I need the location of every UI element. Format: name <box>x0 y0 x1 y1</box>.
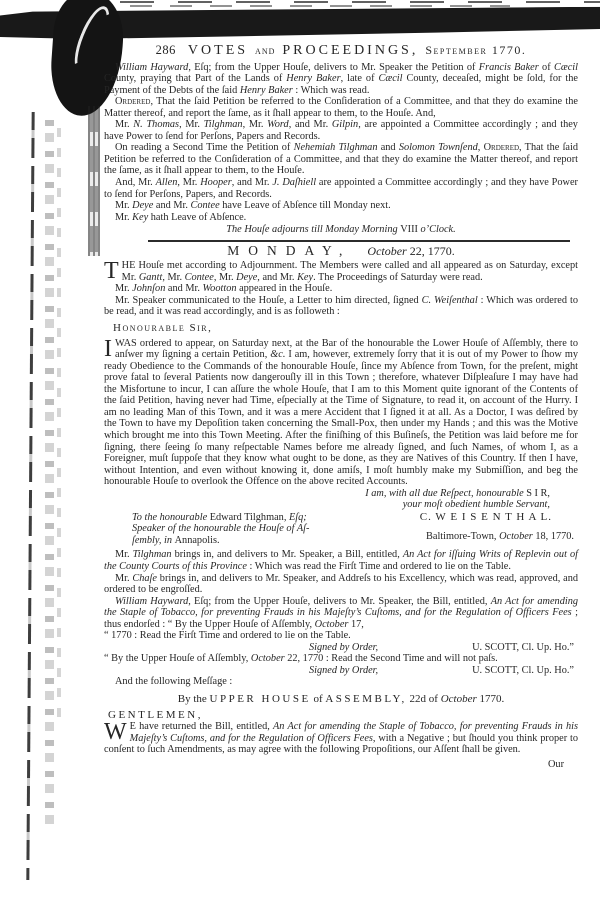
quoted-endorsement-line: “ By the Upper Houſe of Aſſembly, Octobe… <box>104 653 578 665</box>
address-signature-block: To the honourable Edward Tilghman, Eſq;S… <box>104 512 578 547</box>
text-segment: “ 1770 : Read the Firſt Time and ordered… <box>104 630 351 641</box>
text-segment: Francis Baker <box>479 62 539 73</box>
text-segment: Our <box>548 759 564 770</box>
text-segment: Hooper <box>200 177 231 188</box>
header-title-and: and <box>255 46 275 58</box>
text-segment: of <box>311 693 326 705</box>
day-date: October 22, 1770. <box>367 246 454 258</box>
paragraph: Mr. Key hath Leave of Abſence. <box>104 212 578 224</box>
text-segment: William Hayward <box>115 596 188 607</box>
page-number: 286 <box>156 45 176 57</box>
scan-artifact-top-streak <box>120 1 600 3</box>
text-segment: 22, 1770 : Read the Second Time and will… <box>285 653 498 664</box>
text-segment: , That the ſaid Petition be referred to … <box>104 96 578 119</box>
day-name: MONDAY, <box>227 245 351 257</box>
signer-name: C. W E I S E N T H A L. <box>380 512 578 524</box>
text-segment: , Mr. <box>243 119 268 130</box>
text-segment: Mr. <box>115 212 132 223</box>
signed-by-order-label: Signed by Order, <box>309 642 378 654</box>
drop-cap: W <box>104 721 130 742</box>
text-segment: have Leave of Abſence till Monday next. <box>220 200 391 211</box>
address-line: Speaker of the honourable the Houſe of A… <box>132 523 380 535</box>
text-segment: and Mr. <box>165 283 202 294</box>
text-segment: 22d of <box>407 693 441 705</box>
text-segment: Deye <box>236 272 257 283</box>
text-segment: I am, with all due Reſpect, honourable <box>365 488 526 499</box>
text-segment: your moſt obedient humble Servant, <box>403 499 550 510</box>
text-segment: GENTLEMEN, <box>108 709 203 721</box>
text-segment: ASSEMBLY, <box>325 693 406 705</box>
text-segment: On reading a Second Time the Petition of <box>115 142 294 153</box>
text-segment: Key <box>297 272 313 283</box>
text-segment: brings in, and delivers to Mr. Speaker, … <box>172 549 403 560</box>
drop-cap-paragraph: IWAS ordered to appear, on Saturday next… <box>104 338 578 488</box>
text-segment: To the honourable <box>132 512 210 523</box>
text-segment: : Which was read the Firſt Time and orde… <box>247 561 511 572</box>
text-segment: Allen <box>156 177 178 188</box>
text-segment: , late of <box>341 73 379 84</box>
scan-artifact-binding-streak <box>57 128 61 728</box>
text-segment: , and Mr. <box>257 272 297 283</box>
text-segment: brings in, and delivers to Mr. Speaker, … <box>104 573 578 596</box>
text-segment: I am, however, extremely ſorry that it i… <box>104 349 578 487</box>
clerk-signature: U. SCOTT, Cl. Up. Ho.” <box>472 642 574 654</box>
text-segment: Edward Tilghman <box>210 512 284 523</box>
letter-signoff-line: your moſt obedient humble Servant, <box>104 499 578 511</box>
text-segment: 17, <box>348 619 363 630</box>
message-heading: By the UPPER HOUSE of ASSEMBLY, 22d of O… <box>104 694 578 706</box>
text-segment: Solomon Townſend <box>399 142 478 153</box>
document-body: William Hayward, Eſq; from the Upper Hou… <box>104 62 578 771</box>
text-segment: Mr. <box>115 573 132 584</box>
text-segment: Mr. <box>115 119 133 130</box>
drop-cap-paragraph: THE Houſe met according to Adjournment. … <box>104 260 578 283</box>
text-segment: Contee <box>191 200 220 211</box>
text-segment: : Which was read. <box>293 85 370 96</box>
scan-artifact-top-streak <box>90 5 510 7</box>
text-segment: Mr. <box>115 200 132 211</box>
letter-signature: C. W E I S E N T H A L.Baltimore-Town, O… <box>380 512 578 547</box>
text-segment: Nehemiah Tilghman <box>294 142 378 153</box>
text-segment: Cæcil <box>378 73 402 84</box>
letter-signoff-line: I am, with all due Reſpect, honourable S… <box>104 488 578 500</box>
paragraph: Mr. Tilghman brings in, and delivers to … <box>104 549 578 572</box>
text-segment: 22, 1770. <box>407 244 455 258</box>
catchword: Our <box>104 759 578 771</box>
text-segment: UPPER HOUSE <box>210 693 311 705</box>
text-segment: hath Leave of Abſence. <box>148 212 246 223</box>
text-segment: “ By the Upper Houſe of Aſſembly, <box>104 653 251 664</box>
text-segment: October <box>441 693 477 705</box>
paragraph: Mr. Chaſe brings in, and delivers to Mr.… <box>104 573 578 596</box>
header-date: September 1770. <box>425 45 526 57</box>
clerk-signature: U. SCOTT, Cl. Up. Ho.” <box>472 665 574 677</box>
page-header: 286 VOTES and PROCEEDINGS, September 177… <box>104 45 578 58</box>
text-segment: , Mr. <box>177 177 200 188</box>
scan-artifact-ink-drips <box>88 106 100 256</box>
drop-cap-paragraph: WE have returned the Bill, entitled, An … <box>104 721 578 756</box>
text-segment: And the following Meſſage : <box>115 676 232 687</box>
text-segment: of <box>539 62 554 73</box>
text-segment: Tilghman <box>204 119 243 130</box>
signature-row: Signed by Order,U. SCOTT, Cl. Up. Ho.” <box>104 642 578 654</box>
day-heading: MONDAY,October 22, 1770. <box>104 245 578 258</box>
paragraph: Mr. Deye and Mr. Contee have Leave of Ab… <box>104 200 578 212</box>
text-segment: C. Weiſenthal <box>422 295 478 306</box>
text-segment: Johnſon <box>132 283 165 294</box>
text-segment: , Mr. <box>179 119 204 130</box>
text-segment: 1770. <box>477 693 505 705</box>
text-segment: &c. <box>270 349 285 360</box>
header-title-votes: VOTES <box>188 45 248 57</box>
address-line: To the honourable Edward Tilghman, Eſq; <box>132 512 380 524</box>
text-segment: Honourable Sir, <box>113 322 212 334</box>
text-segment: N. Thomas <box>133 119 179 130</box>
text-segment: William Hayward <box>115 62 188 73</box>
text-segment: Chaſe <box>132 573 157 584</box>
header-title-proceedings: PROCEEDINGS, <box>282 45 418 57</box>
text-segment: , and Mr. <box>289 119 332 130</box>
text-segment: Ordered <box>484 142 519 153</box>
text-segment: Cæcil <box>554 62 578 73</box>
signed-by-order-label: Signed by Order, <box>309 665 378 677</box>
drop-cap: I <box>104 338 115 359</box>
letter-address: To the honourable Edward Tilghman, Eſq;S… <box>132 512 380 547</box>
section-divider <box>148 240 570 242</box>
text-segment: The Houſe adjourns till Monday Morning <box>226 224 400 235</box>
paragraph: On reading a Second Time the Petition of… <box>104 142 578 177</box>
text-segment: Word <box>267 119 289 130</box>
address-line: ſembly, in Annapolis. <box>132 535 380 547</box>
paragraph: And the following Meſſage : <box>104 676 578 688</box>
text-segment: October <box>315 619 349 630</box>
text-segment: appeared in the Houſe. <box>237 283 333 294</box>
text-segment: Gilpin <box>332 119 358 130</box>
text-segment: Mr. Speaker communicated to the Houſe, a… <box>115 295 422 306</box>
text-segment: Annapolis. <box>175 535 220 546</box>
text-segment: County, praying that Part of the Lands o… <box>104 73 286 84</box>
text-segment: October <box>251 653 285 664</box>
text-segment: Tilghman <box>133 549 172 560</box>
paragraph: William Hayward, Eſq; from the Upper Hou… <box>104 62 578 97</box>
page-content: 286 VOTES and PROCEEDINGS, September 177… <box>104 45 578 770</box>
text-segment: ſembly, in <box>132 535 175 546</box>
text-segment: By the <box>178 693 210 705</box>
letter-salutation: Honourable Sir, <box>104 323 578 335</box>
text-segment: And, Mr. <box>115 177 156 188</box>
text-segment: Ordered <box>115 96 150 107</box>
text-segment: , Mr. <box>162 272 184 283</box>
quoted-endorsement-line: “ 1770 : Read the Firſt Time and ordered… <box>104 630 578 642</box>
text-segment: , Eſq; from the Upper Houſe, delivers to… <box>188 596 490 607</box>
scan-artifact-binding-streak <box>45 120 54 830</box>
adjournment-line: The Houſe adjourns till Monday Morning V… <box>104 224 578 236</box>
text-segment: 18, 1770. <box>533 531 574 542</box>
text-segment: and Mr. <box>153 200 190 211</box>
text-segment: , Eſq; <box>284 512 307 523</box>
paragraph: Mr. N. Thomas, Mr. Tilghman, Mr. Word, a… <box>104 119 578 142</box>
drop-cap: T <box>104 260 122 281</box>
text-segment: , Mr. <box>214 272 236 283</box>
text-segment: Mr. <box>115 549 133 560</box>
text-segment: Speaker of the honourable the Houſe of A… <box>132 523 309 534</box>
text-segment: S I R, <box>526 488 550 499</box>
text-segment: . The Proceedings of Saturday were read. <box>313 272 483 283</box>
text-segment: October <box>367 244 406 258</box>
text-segment: E have returned the Bill, entitled, <box>130 721 273 732</box>
gentlemen-heading: GENTLEMEN, <box>108 710 578 722</box>
text-segment: Henry Baker <box>286 73 340 84</box>
paragraph: Mr. Speaker communicated to the Houſe, a… <box>104 295 578 318</box>
text-segment: Henry Baker <box>240 85 293 96</box>
text-segment: , Eſq; from the Upper Houſe, delivers to… <box>188 62 478 73</box>
text-segment: Deye <box>132 200 153 211</box>
text-segment: Contee <box>185 272 214 283</box>
text-segment: J. Daſhiell <box>272 177 316 188</box>
text-segment: , and Mr. <box>232 177 273 188</box>
text-segment: VIII <box>400 224 418 235</box>
text-segment: Key <box>132 212 148 223</box>
text-segment: October <box>499 531 533 542</box>
text-segment: and <box>377 142 398 153</box>
text-segment: Gantt <box>139 272 162 283</box>
scan-artifact-binding-streak <box>26 112 34 880</box>
text-segment: o’Clock. <box>418 224 456 235</box>
paragraph: And, Mr. Allen, Mr. Hooper, and Mr. J. D… <box>104 177 578 200</box>
text-segment: Mr. <box>115 283 132 294</box>
paragraph: Mr. Johnſon and Mr. Wootton appeared in … <box>104 283 578 295</box>
text-segment: Baltimore-Town, <box>426 531 499 542</box>
letter-dateline: Baltimore-Town, October 18, 1770. <box>380 531 578 543</box>
paragraph: Ordered, That the ſaid Petition be refer… <box>104 96 578 119</box>
paragraph: William Hayward, Eſq; from the Upper Hou… <box>104 596 578 631</box>
signature-row: Signed by Order,U. SCOTT, Cl. Up. Ho.” <box>104 665 578 677</box>
text-segment: Wootton <box>203 283 237 294</box>
